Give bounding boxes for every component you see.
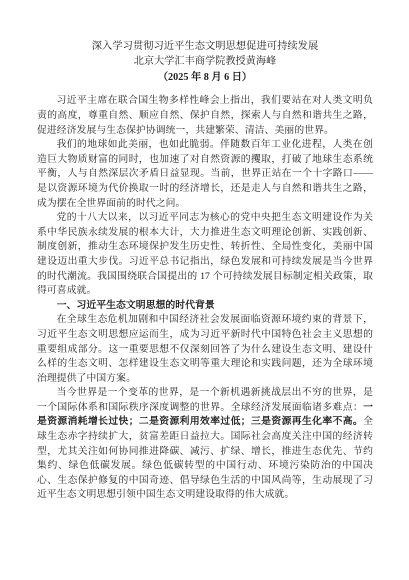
body-paragraph-2: 我们的地球如此美丽，也如此脆弱。伴随数百年工业化进程，人类在创造巨大物质财富的同…	[37, 138, 373, 211]
document-title: 深入学习贯彻习近平生态文明思想促进可持续发展	[37, 39, 373, 54]
date-line: （2025 年 8 月 6 日）	[37, 70, 373, 86]
body-paragraph-5: 当今世界是一个变革的世界，是一个新机遇新挑战层出不穷的世界，是一个国际体系和国际…	[37, 386, 373, 503]
paragraph-run: 全球生态赤字持续扩大，贫富差距日益拉大。国际社会高度关注中国的经济转型，尤其关注…	[37, 416, 373, 500]
paragraph-run: 当今世界是一个变革的世界，是一个新机遇新挑战层出不穷的世界，是一个国际体系和国际…	[37, 387, 373, 413]
body-paragraph-1: 习近平主席在联合国生物多样性峰会上指出，我们要站在对人类文明负责的高度，尊重自然…	[37, 94, 373, 138]
author-line: 北京大学汇丰商学院教授黄海峰	[37, 54, 373, 69]
document-page: 深入学习贯彻习近平生态文明思想促进可持续发展 北京大学汇丰商学院教授黄海峰 （2…	[0, 0, 409, 580]
section-heading-1: 一、习近平生态文明思想的时代背景	[37, 299, 373, 314]
body-paragraph-4: 在全球生态危机加剧和中国经济社会发展面临资源环境约束的背景下，习近平生态文明思想…	[37, 313, 373, 386]
body-paragraph-3: 党的十八大以来，以习近平同志为核心的党中央把生态文明建设作为关系中华民族永续发展…	[37, 211, 373, 299]
title-block: 深入学习贯彻习近平生态文明思想促进可持续发展 北京大学汇丰商学院教授黄海峰 （2…	[37, 39, 373, 85]
document-content: 深入学习贯彻习近平生态文明思想促进可持续发展 北京大学汇丰商学院教授黄海峰 （2…	[0, 0, 409, 503]
